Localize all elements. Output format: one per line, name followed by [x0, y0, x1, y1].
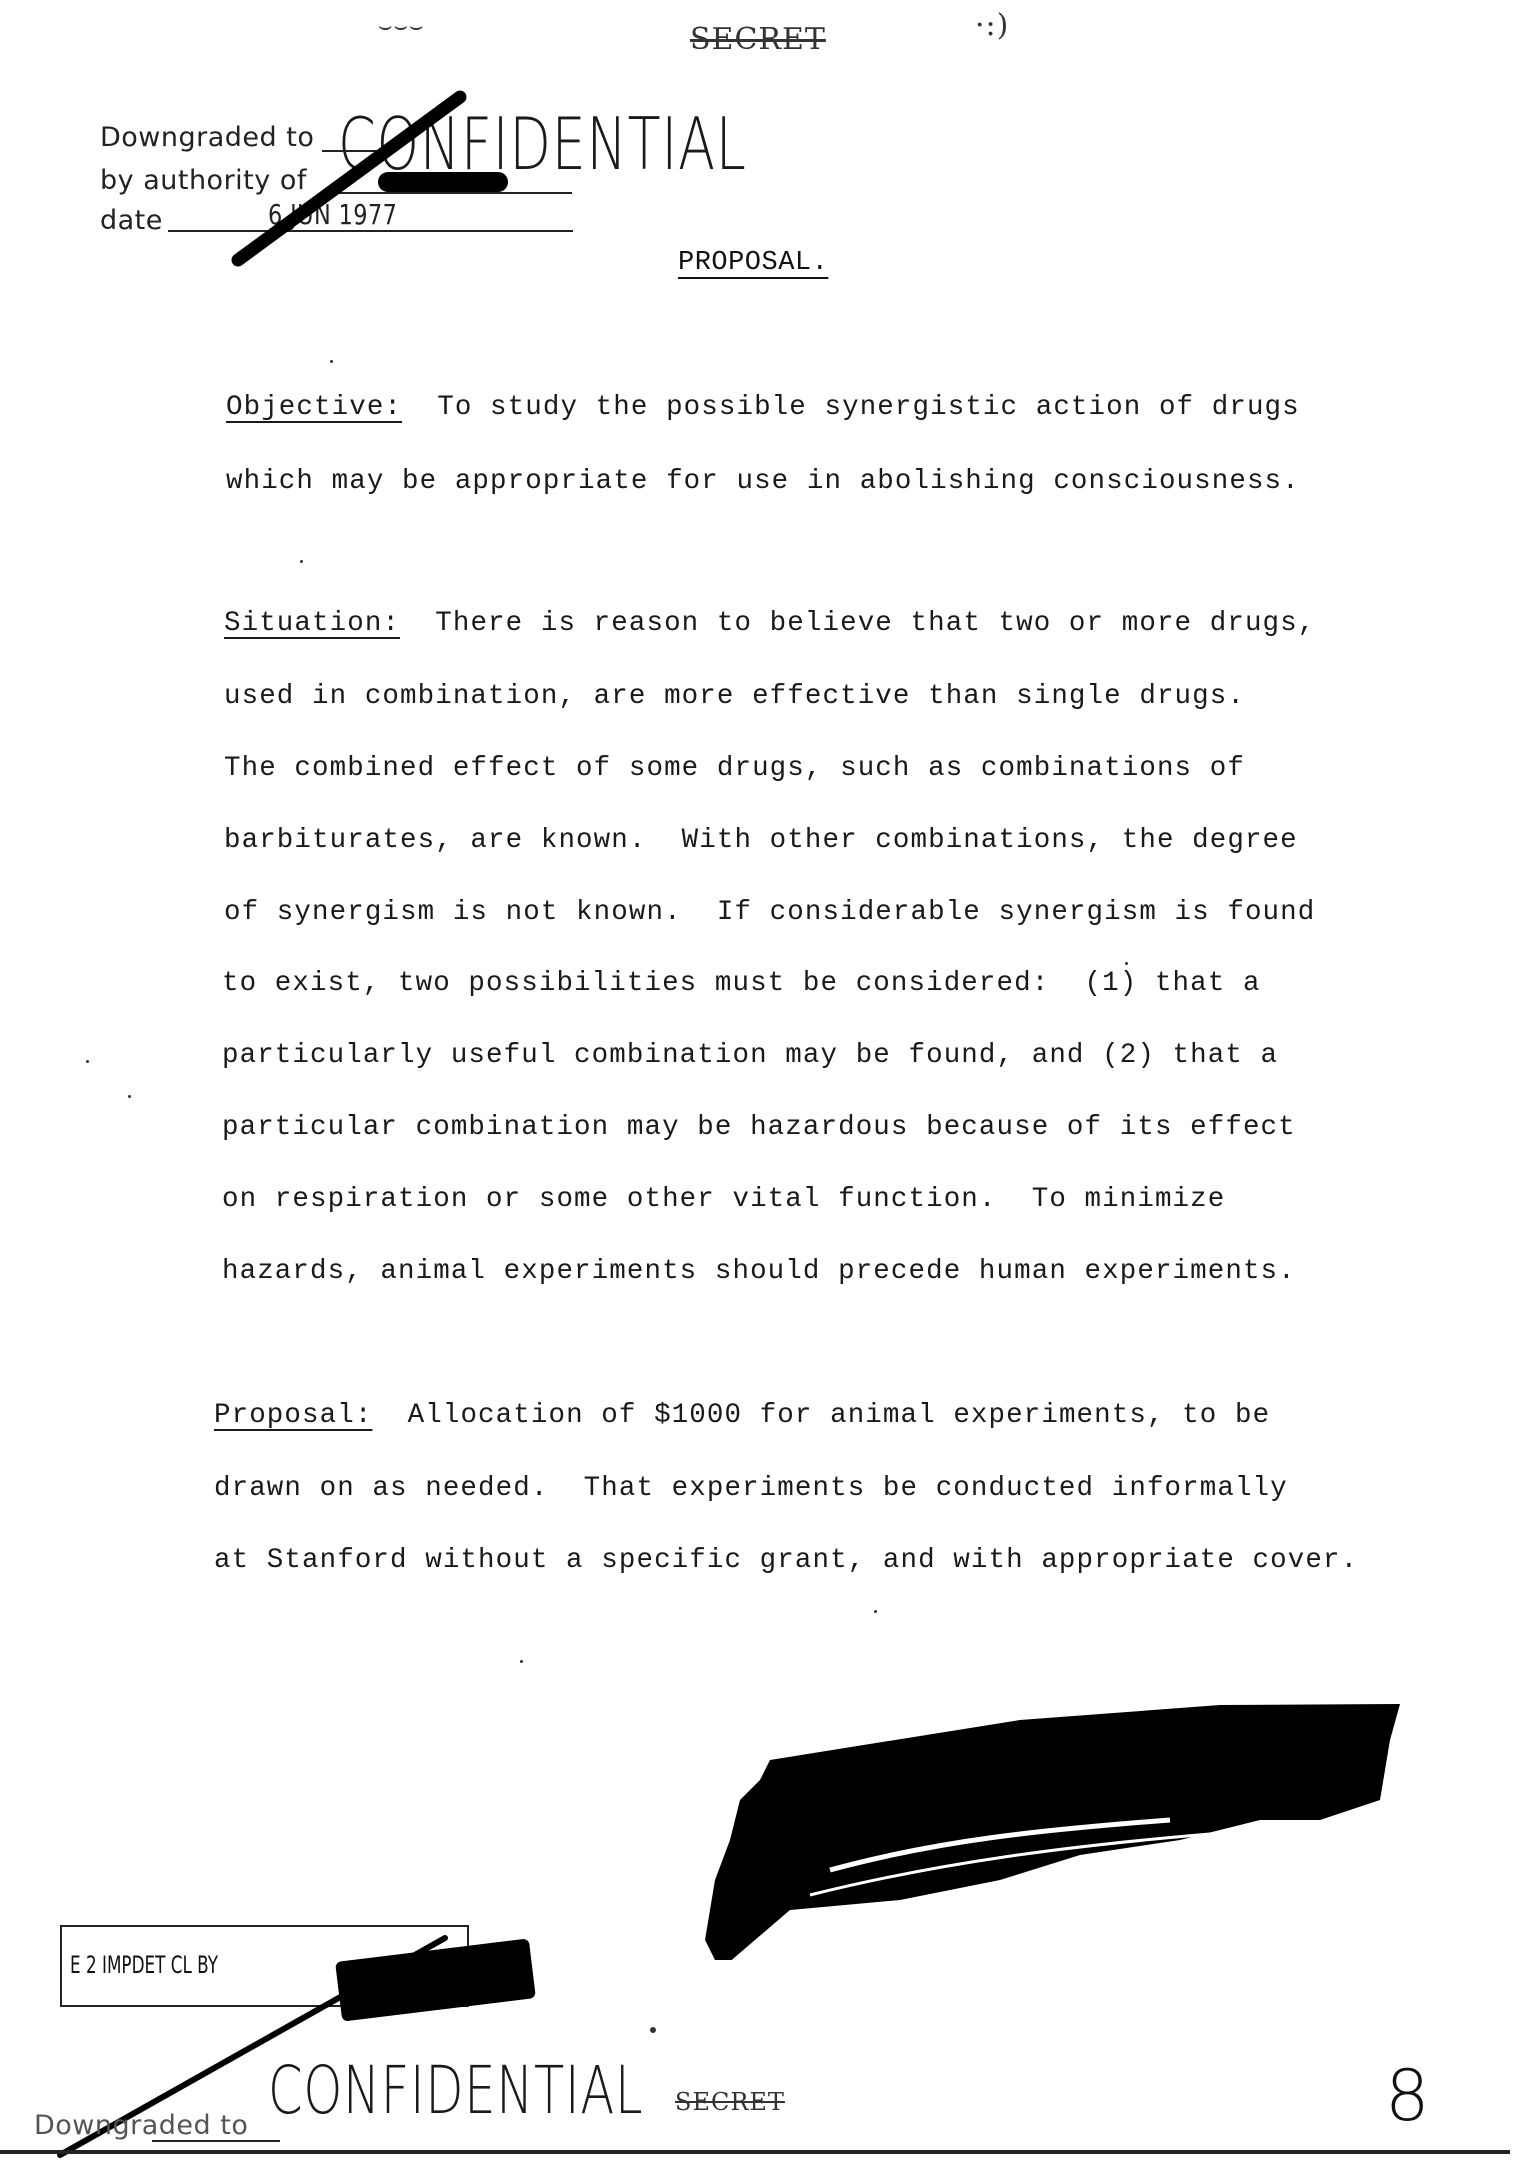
speck: [520, 1660, 523, 1663]
proposal-line: drawn on as needed. That experiments be …: [214, 1473, 1288, 1504]
objective-line: which may be appropriate for use in abol…: [226, 466, 1300, 497]
situation-line: hazards, animal experiments should prece…: [222, 1256, 1296, 1287]
signature-redaction: [700, 1680, 1460, 1960]
speck: [86, 1060, 89, 1063]
date-label: date: [100, 205, 163, 236]
footer-classification: CONFIDENTIAL: [268, 2058, 643, 2124]
situation-label: Situation:: [224, 608, 400, 639]
speck: [874, 1610, 877, 1613]
footer-secret-stamp: SECRET: [675, 2088, 785, 2116]
objective-text: To study the possible synergistic action…: [402, 392, 1300, 423]
ink-dot: [650, 2027, 656, 2033]
document-title: PROPOSAL.: [678, 248, 828, 278]
situation-line: particularly useful combination may be f…: [222, 1040, 1278, 1071]
page-number: 8: [1385, 2055, 1430, 2137]
proposal-line: Proposal: Allocation of $1000 for animal…: [214, 1400, 1270, 1431]
proposal-text: Allocation of $1000 for animal experimen…: [372, 1400, 1270, 1431]
situation-line: barbiturates, are known. With other comb…: [224, 825, 1298, 856]
proposal-label: Proposal:: [214, 1400, 372, 1431]
situation-line: used in combination, are more effective …: [224, 681, 1245, 712]
situation-line: on respiration or some other vital funct…: [222, 1184, 1225, 1215]
situation-line: The combined effect of some drugs, such …: [224, 753, 1245, 784]
objective-label: Objective:: [226, 392, 402, 423]
objective-line: Objective: To study the possible synergi…: [226, 392, 1300, 423]
speck: [128, 1095, 131, 1098]
page-bottom-edge: [0, 2150, 1510, 2154]
footer-downgraded-label: Downgraded to: [34, 2110, 248, 2141]
situation-text: There is reason to believe that two or m…: [400, 608, 1315, 639]
situation-line: particular combination may be hazardous …: [222, 1112, 1296, 1143]
speck: [1125, 962, 1128, 965]
situation-line: Situation: There is reason to believe th…: [224, 608, 1315, 639]
strike-slash-top: [220, 85, 480, 275]
top-secret-stamp: SECRET: [690, 22, 826, 57]
situation-line: of synergism is not known. If considerab…: [224, 897, 1315, 928]
proposal-line: at Stanford without a specific grant, an…: [214, 1545, 1358, 1576]
speck: [300, 560, 303, 563]
top-seal-smudge-right: ·:): [975, 8, 1009, 43]
speck: [330, 360, 333, 363]
footer-downgraded-rule: [152, 2140, 280, 2142]
top-seal-smudge-left: ⌣⌣⌣: [378, 14, 424, 39]
situation-line: to exist, two possibilities must be cons…: [222, 968, 1261, 999]
